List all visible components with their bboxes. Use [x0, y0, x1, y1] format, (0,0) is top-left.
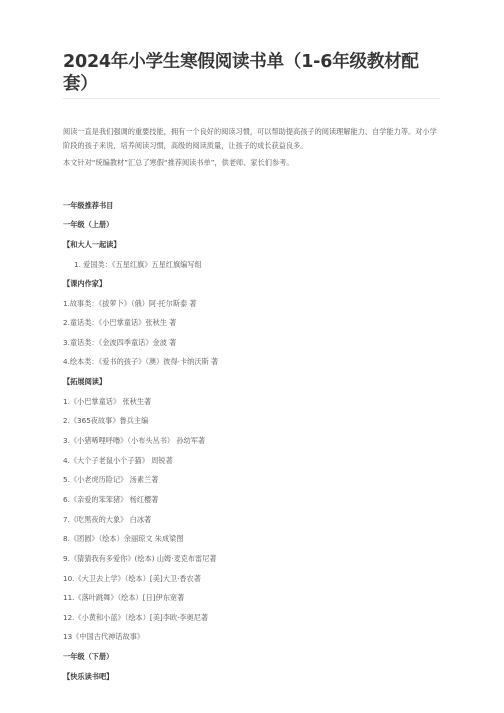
intro-section: 阅读一直是我们强调的重要技能，拥有一个良好的阅读习惯，可以帮助提高孩子的阅读理解… [63, 125, 440, 170]
list-item: 6.《亲爱的笨笨猪》 杨红樱著 [63, 495, 158, 505]
list-item: 4.绘本类：《爱书的孩子》（澳）彼得·卡纳沃斯 著 [63, 357, 218, 367]
title-divider [63, 98, 440, 99]
list-item: 13《中国古代神话故事》 [63, 632, 144, 642]
list-item: 8.《团圆》（绘本）余丽琼文 朱成梁图 [63, 534, 184, 544]
list-item: 5.《小老虎历险记》 汤素兰著 [63, 475, 158, 485]
list-item: 2.《365夜故事》鲁兵主编 [63, 416, 148, 426]
list-item: 1. 爱国类：《五星红旗》五星红旗编写组 [74, 260, 202, 270]
list-item: 10.《大卫去上学》（绘本）[美]大卫·香农著 [63, 574, 201, 584]
section-heading: 一年级推荐书目 [63, 201, 113, 211]
list-item: 1.《小巴掌童话》 张秋生著 [63, 397, 151, 407]
list-item: 3.童话类：《金波四季童话》金波 著 [63, 338, 176, 348]
list-item: 4.《大个子老鼠小个子猫》 周锐著 [63, 456, 173, 466]
subsection-heading-textbook-authors: 【课内作家】 [63, 279, 106, 289]
list-item: 3.《小猪唏哩呼噜》（小布头丛书） 孙幼军著 [63, 436, 205, 446]
grade-heading-lower: 一年级（下册） [63, 652, 113, 662]
subsection-heading-extended-reading: 【拓展阅读】 [63, 377, 106, 387]
list-item: 12.《小黄和小蓝》（绘本）[美]李欧·李奥尼著 [63, 613, 208, 623]
page-title: 2024年小学生寒假阅读书单（1-6年级教材配套） [63, 51, 440, 95]
subsection-heading-happy-reading: 【快乐读书吧】 [63, 672, 113, 682]
list-item: 11.《落叶跳舞》（绘本）[日]伊东宽著 [63, 593, 184, 603]
grade-heading-upper: 一年级（上册） [63, 220, 113, 230]
list-item: 2.童话类：《小巴掌童话》张秋生 著 [63, 318, 176, 328]
list-item: 7.《吃黑夜的大象》 白冰著 [63, 515, 151, 525]
list-item: 9.《猜猜我有多爱你》(绘本) 山姆·麦克布雷尼著 [63, 554, 217, 564]
subsection-heading-read-with-adults: 【和大人一起读】 [63, 240, 121, 250]
intro-paragraph: 阅读一直是我们强调的重要技能，拥有一个良好的阅读习惯，可以帮助提高孩子的阅读理解… [63, 125, 440, 153]
intro-paragraph: 本文针对“统编教材”汇总了寒假“推荐阅读书单”，供老师、家长们参考。 [63, 156, 440, 170]
list-item: 1.故事类：《拔萝卜》（俄）阿·托尔斯泰 著 [63, 299, 197, 309]
